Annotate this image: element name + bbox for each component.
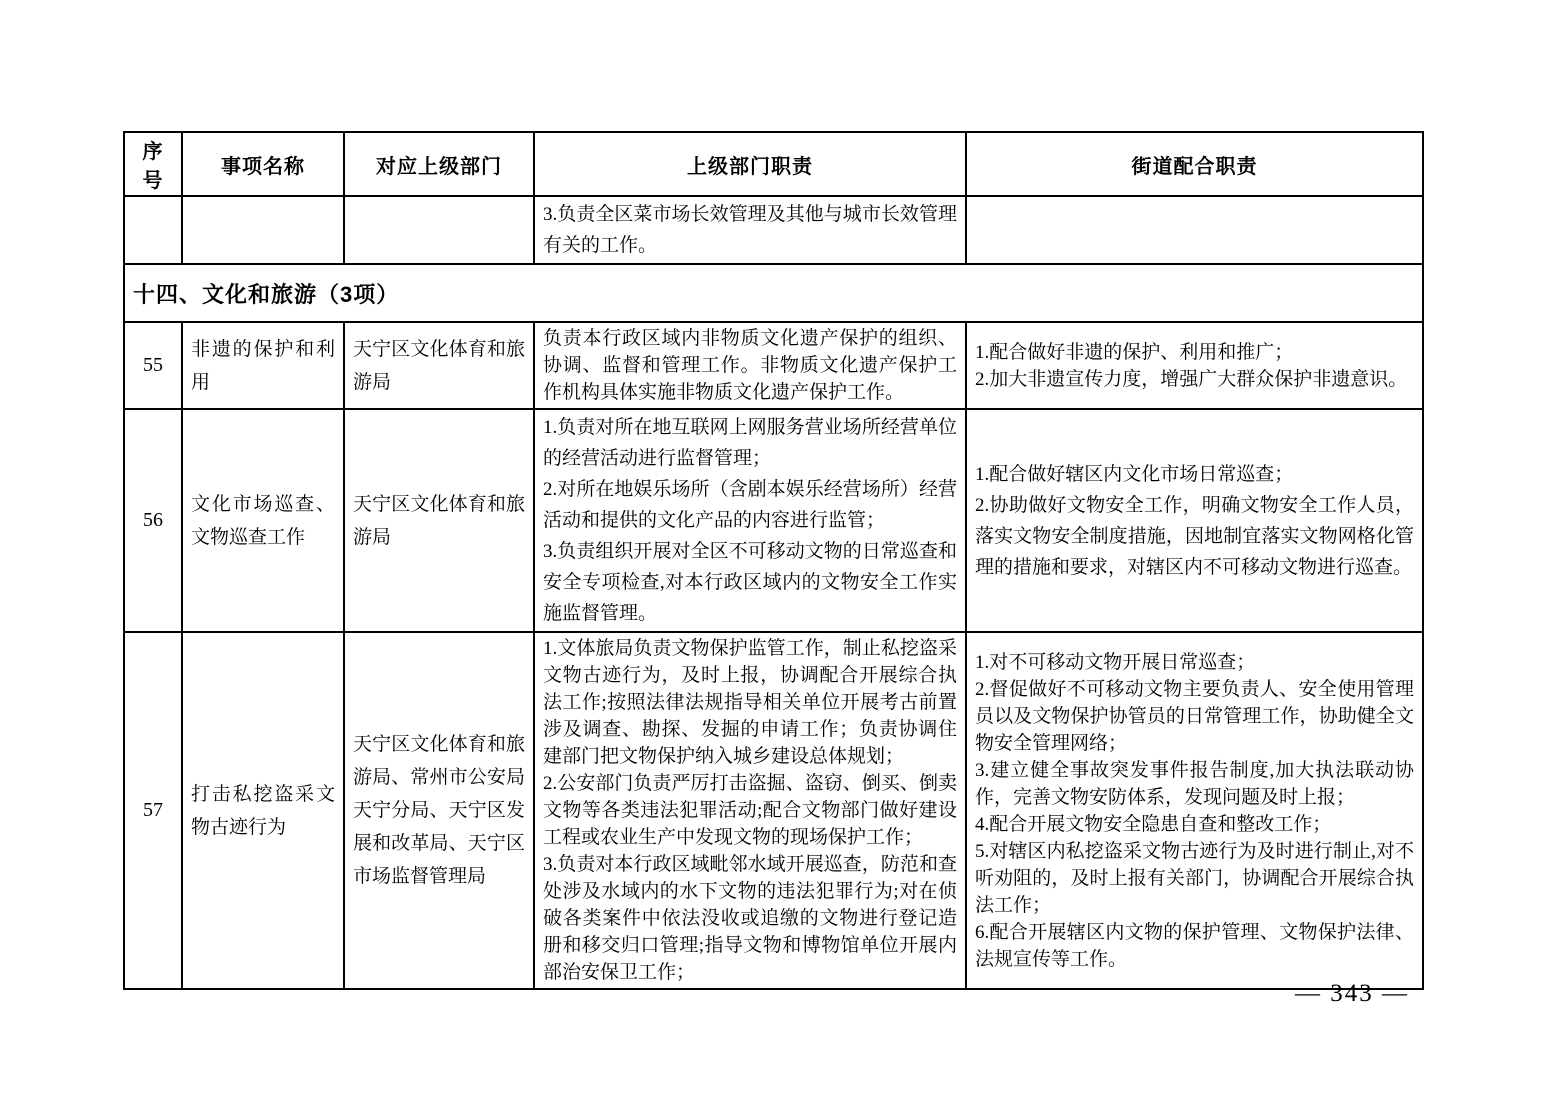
header-cell-superior-department: 对应上级部门: [344, 132, 534, 196]
item-name-cell: 文化市场巡查、文物巡查工作: [182, 409, 344, 632]
header-cell-item-name: 事项名称: [182, 132, 344, 196]
header-row: 序号 事项名称 对应上级部门 上级部门职责 街道配合职责: [124, 132, 1423, 196]
document-page: 序号 事项名称 对应上级部门 上级部门职责 街道配合职责 3.负责全区菜市场长效…: [0, 0, 1559, 1102]
table-row-55: 55 非遗的保护和利用 天宁区文化体育和旅游局 负责本行政区域内非物质文化遗产保…: [124, 322, 1423, 409]
responsibility-table: 序号 事项名称 对应上级部门 上级部门职责 街道配合职责 3.负责全区菜市场长效…: [123, 131, 1424, 990]
table-row-56: 56 文化市场巡查、文物巡查工作 天宁区文化体育和旅游局 1.负责对所在地互联网…: [124, 409, 1423, 632]
carryover-street-duty-cell: [966, 196, 1423, 264]
street-duty-cell: 1.配合做好非遗的保护、利用和推广； 2.加大非遗宣传力度，增强广大群众保护非遗…: [966, 322, 1423, 409]
carryover-serial-cell: [124, 196, 182, 264]
item-name-cell: 非遗的保护和利用: [182, 322, 344, 409]
carryover-name-cell: [182, 196, 344, 264]
section-title: 十四、文化和旅游（3项）: [124, 264, 1423, 322]
department-cell: 天宁区文化体育和旅游局: [344, 322, 534, 409]
table-row-57: 57 打击私挖盗采文物古迹行为 天宁区文化体育和旅游局、常州市公安局天宁分局、天…: [124, 632, 1423, 989]
street-duty-cell: 1.配合做好辖区内文化市场日常巡查； 2.协助做好文物安全工作，明确文物安全工作…: [966, 409, 1423, 632]
item-name-cell: 打击私挖盗采文物古迹行为: [182, 632, 344, 989]
header-cell-street-duty: 街道配合职责: [966, 132, 1423, 196]
section-row: 十四、文化和旅游（3项）: [124, 264, 1423, 322]
header-cell-superior-duty: 上级部门职责: [534, 132, 966, 196]
superior-duty-cell: 负责本行政区域内非物质文化遗产保护的组织、协调、监督和管理工作。非物质文化遗产保…: [534, 322, 966, 409]
header-cell-serial: 序号: [124, 132, 182, 196]
serial-cell: 55: [124, 322, 182, 409]
carryover-superior-duty-cell: 3.负责全区菜市场长效管理及其他与城市长效管理有关的工作。: [534, 196, 966, 264]
superior-duty-cell: 1.文体旅局负责文物保护监管工作，制止私挖盗采文物古迹行为，及时上报，协调配合开…: [534, 632, 966, 989]
street-duty-cell: 1.对不可移动文物开展日常巡查； 2.督促做好不可移动文物主要负责人、安全使用管…: [966, 632, 1423, 989]
page-number: — 343 —: [1295, 980, 1409, 1008]
department-cell: 天宁区文化体育和旅游局: [344, 409, 534, 632]
serial-cell: 57: [124, 632, 182, 989]
superior-duty-cell: 1.负责对所在地互联网上网服务营业场所经营单位的经营活动进行监督管理； 2.对所…: [534, 409, 966, 632]
carryover-department-cell: [344, 196, 534, 264]
department-cell: 天宁区文化体育和旅游局、常州市公安局天宁分局、天宁区发展和改革局、天宁区市场监督…: [344, 632, 534, 989]
serial-cell: 56: [124, 409, 182, 632]
carryover-row: 3.负责全区菜市场长效管理及其他与城市长效管理有关的工作。: [124, 196, 1423, 264]
